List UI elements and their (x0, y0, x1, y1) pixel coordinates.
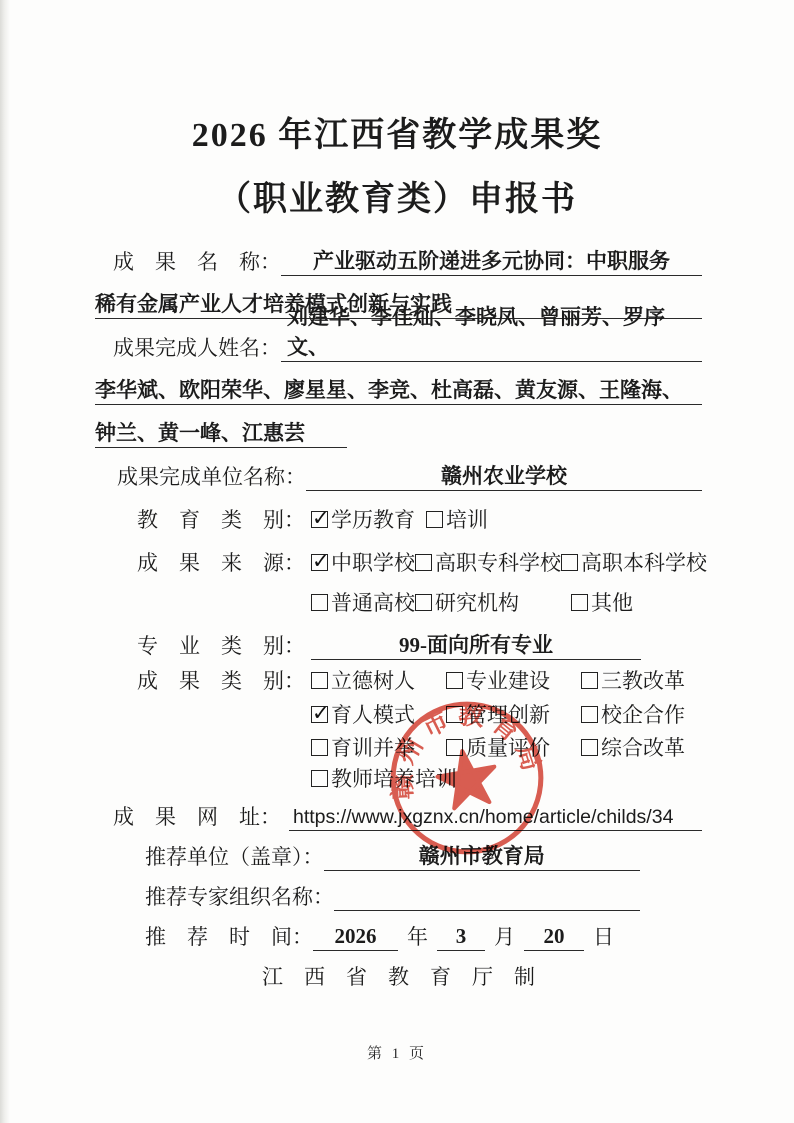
checkbox-unchecked-icon[interactable] (311, 594, 328, 611)
result-option-school-enterprise-cooperation-label: 校企合作 (601, 699, 685, 729)
result-type-row1: 成 果 类 别： 立德树人 专业建设 三教改革 (95, 660, 702, 695)
result-option-three-education-reform-label: 三教改革 (601, 665, 685, 695)
checkbox-unchecked-icon[interactable] (581, 739, 598, 756)
source-option-other-label: 其他 (591, 587, 633, 617)
recommender-value: 赣州市教育局 (324, 840, 641, 871)
result-option-comprehensive-reform-label: 综合改革 (601, 732, 685, 762)
result-type-row2: 育人模式 管理创新 校企合作 (95, 695, 702, 729)
checkbox-checked-icon[interactable] (311, 511, 328, 528)
result-option-management-innovation-label: 管理创新 (466, 699, 550, 729)
checkbox-unchecked-icon[interactable] (311, 672, 328, 689)
result-option-education-training-combination-label: 育训并举 (331, 732, 415, 762)
source-row2: 普通高校 研究机构 其他 (95, 577, 702, 617)
checkbox-unchecked-icon[interactable] (311, 770, 328, 787)
result-option-moral-education-label: 立德树人 (331, 665, 415, 695)
document-title-line1: 2026 年江西省教学成果奖 (0, 104, 794, 168)
result-option-comprehensive-reform[interactable]: 综合改革 (581, 732, 685, 762)
result-option-quality-evaluation-label: 质量评价 (466, 732, 550, 762)
achievement-name-row: 成 果 名 称： 产业驱动五阶递进多元协同：中职服务 (95, 233, 702, 276)
recommend-date-year: 2026 (313, 924, 398, 951)
recommend-date-day-unit: 日 (593, 921, 614, 951)
source-option-higher-vocational-college[interactable]: 高职专科学校 (415, 547, 561, 577)
result-option-quality-evaluation[interactable]: 质量评价 (446, 732, 581, 762)
completers-line1: 刘建华、李佳灿、李晓凤、曾丽芳、罗序文、 (281, 301, 702, 362)
source-option-secondary-vocational-label: 中职学校 (331, 547, 415, 577)
result-option-moral-education[interactable]: 立德树人 (311, 665, 446, 695)
result-option-education-model-label: 育人模式 (331, 699, 415, 729)
recommender-label: 推荐单位（盖章）： (95, 841, 324, 871)
checkbox-unchecked-icon[interactable] (415, 554, 432, 571)
major-type-label: 专 业 类 别： (95, 630, 305, 660)
education-option-training-label: 培训 (446, 504, 488, 534)
achievement-name-label: 成 果 名 称： (95, 246, 281, 276)
document-title-line2: （职业教育类）申报书 (0, 168, 794, 232)
recommend-date-month-unit: 月 (494, 921, 515, 951)
result-option-major-construction-label: 专业建设 (466, 665, 550, 695)
url-label: 成 果 网 址： (95, 801, 281, 831)
recommend-date-label: 推 荐 时 间： (95, 921, 313, 951)
unit-value: 赣州农业学校 (306, 460, 702, 491)
checkbox-unchecked-icon[interactable] (415, 594, 432, 611)
source-option-other[interactable]: 其他 (571, 587, 633, 617)
recommend-date-day: 20 (524, 924, 584, 951)
completers-label: 成果完成人姓名： (95, 332, 281, 362)
achievement-name-value-line1: 产业驱动五阶递进多元协同：中职服务 (281, 245, 702, 276)
result-option-major-construction[interactable]: 专业建设 (446, 665, 581, 695)
major-type-value: 99-面向所有专业 (311, 629, 641, 660)
checkbox-unchecked-icon[interactable] (446, 739, 463, 756)
source-option-regular-university-label: 普通高校 (331, 587, 415, 617)
checkbox-unchecked-icon[interactable] (311, 739, 328, 756)
education-type-row: 教 育 类 别： 学历教育 培训 (95, 491, 702, 534)
source-option-research-institute-label: 研究机构 (435, 587, 519, 617)
source-label: 成 果 来 源： (95, 547, 305, 577)
education-option-training[interactable]: 培训 (426, 504, 488, 534)
education-option-degree-label: 学历教育 (331, 504, 415, 534)
result-option-education-training-combination[interactable]: 育训并举 (311, 732, 446, 762)
unit-label: 成果完成单位名称： (95, 461, 306, 491)
result-option-three-education-reform[interactable]: 三教改革 (581, 665, 685, 695)
issuer-row: 江 西 省 教 育 厅 制 (95, 951, 702, 991)
checkbox-unchecked-icon[interactable] (446, 672, 463, 689)
source-option-research-institute[interactable]: 研究机构 (415, 587, 519, 617)
expert-org-label: 推荐专家组织名称： (95, 881, 334, 911)
result-option-management-innovation[interactable]: 管理创新 (446, 699, 581, 729)
expert-org-row: 推荐专家组织名称： (95, 871, 702, 911)
result-option-education-model[interactable]: 育人模式 (311, 699, 446, 729)
completers-row3: 钟兰、黄一峰、江惠芸 (95, 405, 702, 448)
issuer-text: 江 西 省 教 育 厅 制 (262, 961, 535, 991)
recommend-date-month: 3 (437, 924, 485, 951)
education-type-label: 教 育 类 别： (95, 504, 305, 534)
result-type-label: 成 果 类 别： (95, 665, 305, 695)
source-option-vocational-undergraduate-label: 高职本科学校 (581, 547, 707, 577)
url-row: 成 果 网 址： https://www.jxgznx.cn/home/arti… (95, 793, 702, 831)
checkbox-unchecked-icon[interactable] (561, 554, 578, 571)
document-title-block: 2026 年江西省教学成果奖 （职业教育类）申报书 (0, 104, 794, 232)
unit-row: 成果完成单位名称： 赣州农业学校 (95, 448, 702, 491)
achievement-url-link[interactable]: https://www.jxgznx.cn/home/article/child… (289, 806, 702, 831)
major-type-row: 专 业 类 别： 99-面向所有专业 (95, 617, 702, 660)
education-option-degree[interactable]: 学历教育 (311, 504, 426, 534)
checkbox-unchecked-icon[interactable] (581, 706, 598, 723)
application-form: 成 果 名 称： 产业驱动五阶递进多元协同：中职服务 稀有金属产业人才培养模式创… (95, 233, 702, 991)
source-option-higher-vocational-college-label: 高职专科学校 (435, 547, 561, 577)
completers-line2: 李华斌、欧阳荣华、廖星星、李竞、杜高磊、黄友源、王隆海、 (95, 374, 702, 405)
result-type-row4: 教师培养培训 (95, 762, 702, 793)
checkbox-unchecked-icon[interactable] (426, 511, 443, 528)
completers-line3: 钟兰、黄一峰、江惠芸 (95, 417, 347, 448)
result-option-teacher-training[interactable]: 教师培养培训 (311, 763, 457, 793)
checkbox-unchecked-icon[interactable] (571, 594, 588, 611)
source-row1: 成 果 来 源： 中职学校 高职专科学校 高职本科学校 (95, 534, 702, 577)
result-option-school-enterprise-cooperation[interactable]: 校企合作 (581, 699, 685, 729)
checkbox-unchecked-icon[interactable] (446, 706, 463, 723)
result-option-teacher-training-label: 教师培养培训 (331, 763, 457, 793)
completers-row2: 李华斌、欧阳荣华、廖星星、李竞、杜高磊、黄友源、王隆海、 (95, 362, 702, 405)
checkbox-checked-icon[interactable] (311, 706, 328, 723)
source-option-regular-university[interactable]: 普通高校 (311, 587, 415, 617)
result-type-row3: 育训并举 质量评价 综合改革 (95, 729, 702, 762)
page-number: 第 1 页 (0, 1042, 794, 1063)
source-option-secondary-vocational[interactable]: 中职学校 (311, 547, 415, 577)
recommend-date-row: 推 荐 时 间： 2026 年 3 月 20 日 (95, 911, 702, 951)
checkbox-checked-icon[interactable] (311, 554, 328, 571)
completers-row: 成果完成人姓名： 刘建华、李佳灿、李晓凤、曾丽芳、罗序文、 (95, 319, 702, 362)
recommend-date-year-unit: 年 (407, 921, 428, 951)
checkbox-unchecked-icon[interactable] (581, 672, 598, 689)
recommender-row: 推荐单位（盖章）： 赣州市教育局 (95, 831, 702, 871)
source-option-vocational-undergraduate[interactable]: 高职本科学校 (561, 547, 707, 577)
